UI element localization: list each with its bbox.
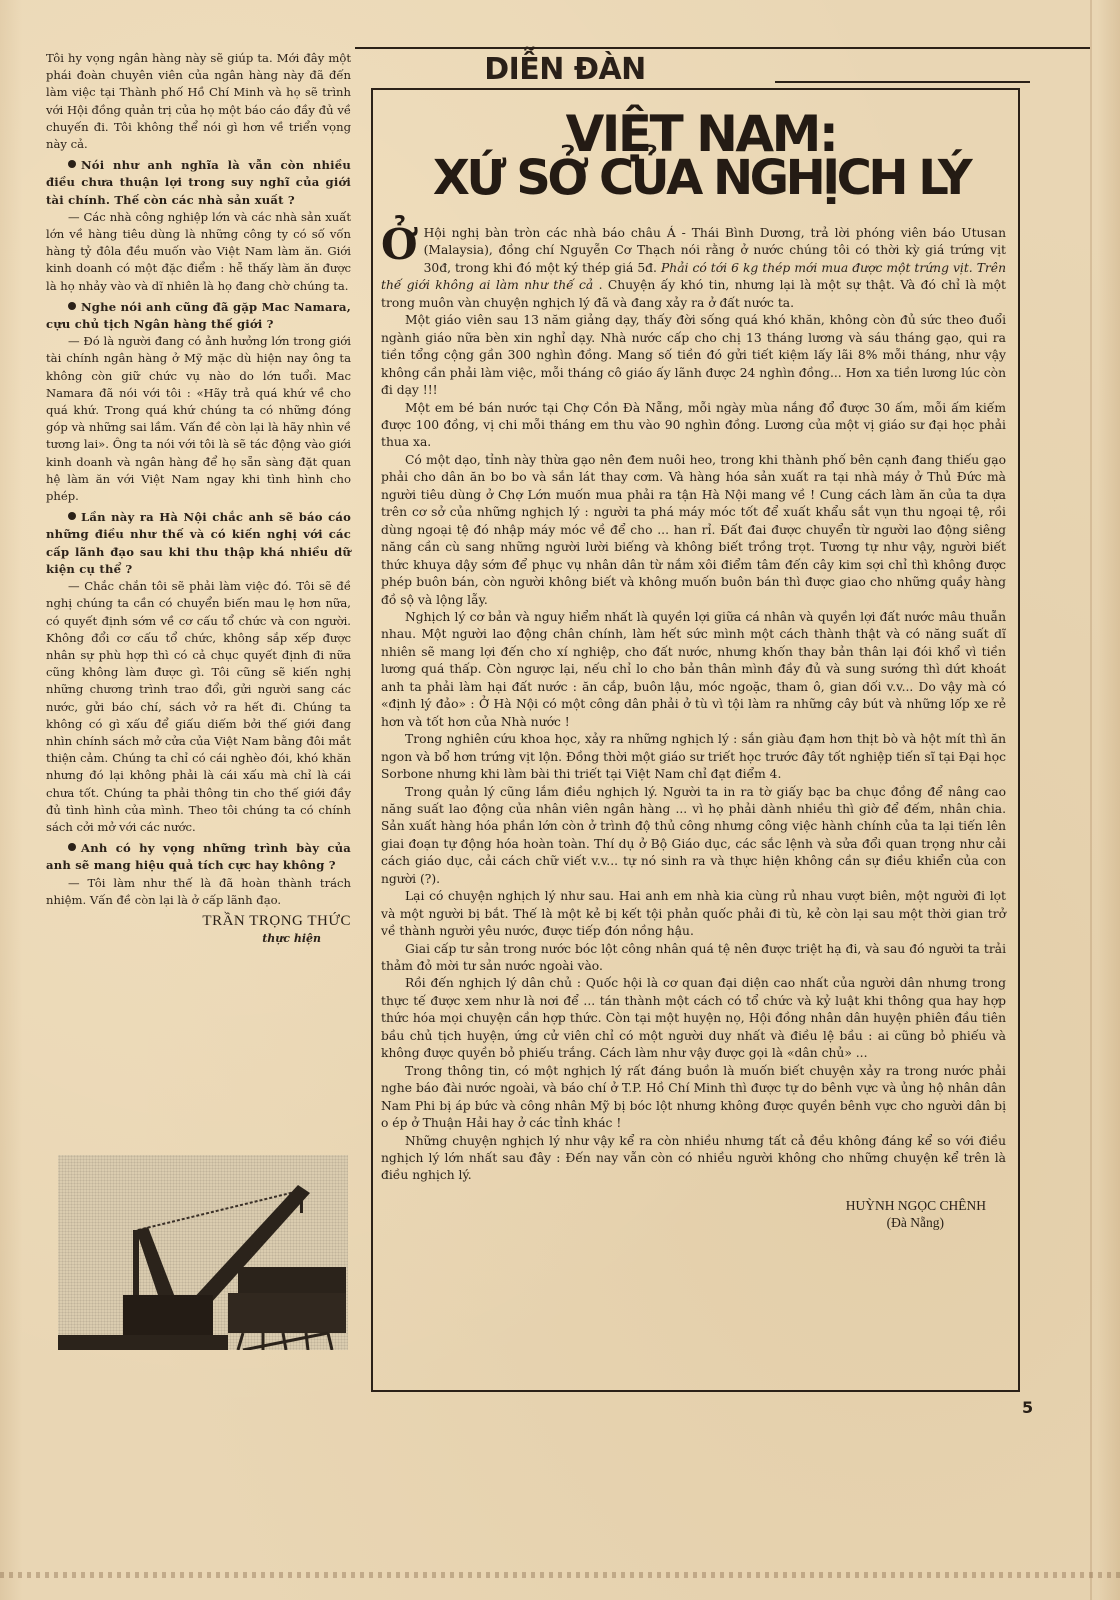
top-rule — [355, 47, 1090, 49]
interview-answer: — Chắc chắn tôi sẽ phải làm việc đó. Tôi… — [46, 578, 351, 836]
interview-question: Lần này ra Hà Nội chắc anh sẽ báo cáo nh… — [46, 509, 351, 578]
article-headline: VIỆT NAM: XỨ SỞ CỦA NGHỊCH LÝ — [371, 112, 1031, 200]
bullet-icon — [68, 160, 76, 168]
interview-answer: — Tôi làm như thế là đã hoàn thành trách… — [46, 875, 351, 909]
article-body: ỞHội nghị bàn tròn các nhà báo châu Á - … — [381, 225, 1006, 1232]
article-paragraph: Trong thông tin, có một nghịch lý rất đá… — [381, 1063, 1006, 1133]
author-byline: HUỲNH NGỌC CHÊNH — [381, 1197, 1006, 1214]
paper-crease — [1090, 0, 1092, 1600]
interviewer-byline: TRẦN TRỌNG THỨC — [46, 913, 351, 930]
interviewer-role: thực hiện — [46, 930, 351, 947]
article-paragraph: Trong quản lý cũng lắm điều nghịch lý. N… — [381, 784, 1006, 889]
header-rule — [775, 81, 1030, 83]
page-number: 5 — [1022, 1398, 1033, 1417]
oil-platform-photo — [58, 1155, 348, 1350]
bullet-icon — [68, 843, 76, 851]
author-location: (Đà Nẵng) — [381, 1214, 1006, 1231]
article-paragraph: Những chuyện nghịch lý như vậy kể ra còn… — [381, 1133, 1006, 1185]
interview-question: Nghe nói anh cũng đã gặp Mac Namara, cựu… — [46, 299, 351, 333]
headline-line-2: XỨ SỞ CỦA NGHỊCH LÝ — [371, 156, 1031, 200]
interview-question: Nói như anh nghĩa là vẫn còn nhiều điều … — [46, 157, 351, 209]
crane-platform-illustration — [58, 1155, 348, 1350]
article-paragraph: Giai cấp tư sản trong nước bóc lột công … — [381, 941, 1006, 976]
article-paragraph: Nghịch lý cơ bản và nguy hiểm nhất là qu… — [381, 609, 1006, 731]
interview-column: Tôi hy vọng ngân hàng này sẽ giúp ta. Mớ… — [46, 50, 351, 947]
perforation-line — [0, 1572, 1120, 1578]
lead-paragraph: ỞHội nghị bàn tròn các nhà báo châu Á - … — [381, 225, 1006, 312]
article-paragraph: Một em bé bán nước tại Chợ Cồn Đà Nẵng, … — [381, 400, 1006, 452]
newspaper-page: Tôi hy vọng ngân hàng này sẽ giúp ta. Mớ… — [0, 0, 1120, 1600]
bullet-icon — [68, 512, 76, 520]
article-paragraph: Rồi đến nghịch lý dân chủ : Quốc hội là … — [381, 975, 1006, 1062]
section-title: DIỄN ĐÀN — [355, 52, 775, 87]
interview-answer: — Đó là người đang có ảnh hưởng lớn tron… — [46, 333, 351, 505]
bullet-icon — [68, 302, 76, 310]
article-paragraph: Lại có chuyện nghịch lý như sau. Hai anh… — [381, 888, 1006, 940]
article-paragraph: Một giáo viên sau 13 năm giảng dạy, thấy… — [381, 312, 1006, 399]
article-paragraph: Trong nghiên cứu khoa học, xảy ra những … — [381, 731, 1006, 783]
drop-cap: Ở — [381, 227, 418, 263]
article-paragraph: Có một dạo, tỉnh này thừa gạo nên đem nu… — [381, 452, 1006, 609]
interview-intro: Tôi hy vọng ngân hàng này sẽ giúp ta. Mớ… — [46, 50, 351, 153]
interview-answer: — Các nhà công nghiệp lớn và các nhà sản… — [46, 209, 351, 295]
interview-question: Anh có hy vọng những trình bày của anh s… — [46, 840, 351, 874]
